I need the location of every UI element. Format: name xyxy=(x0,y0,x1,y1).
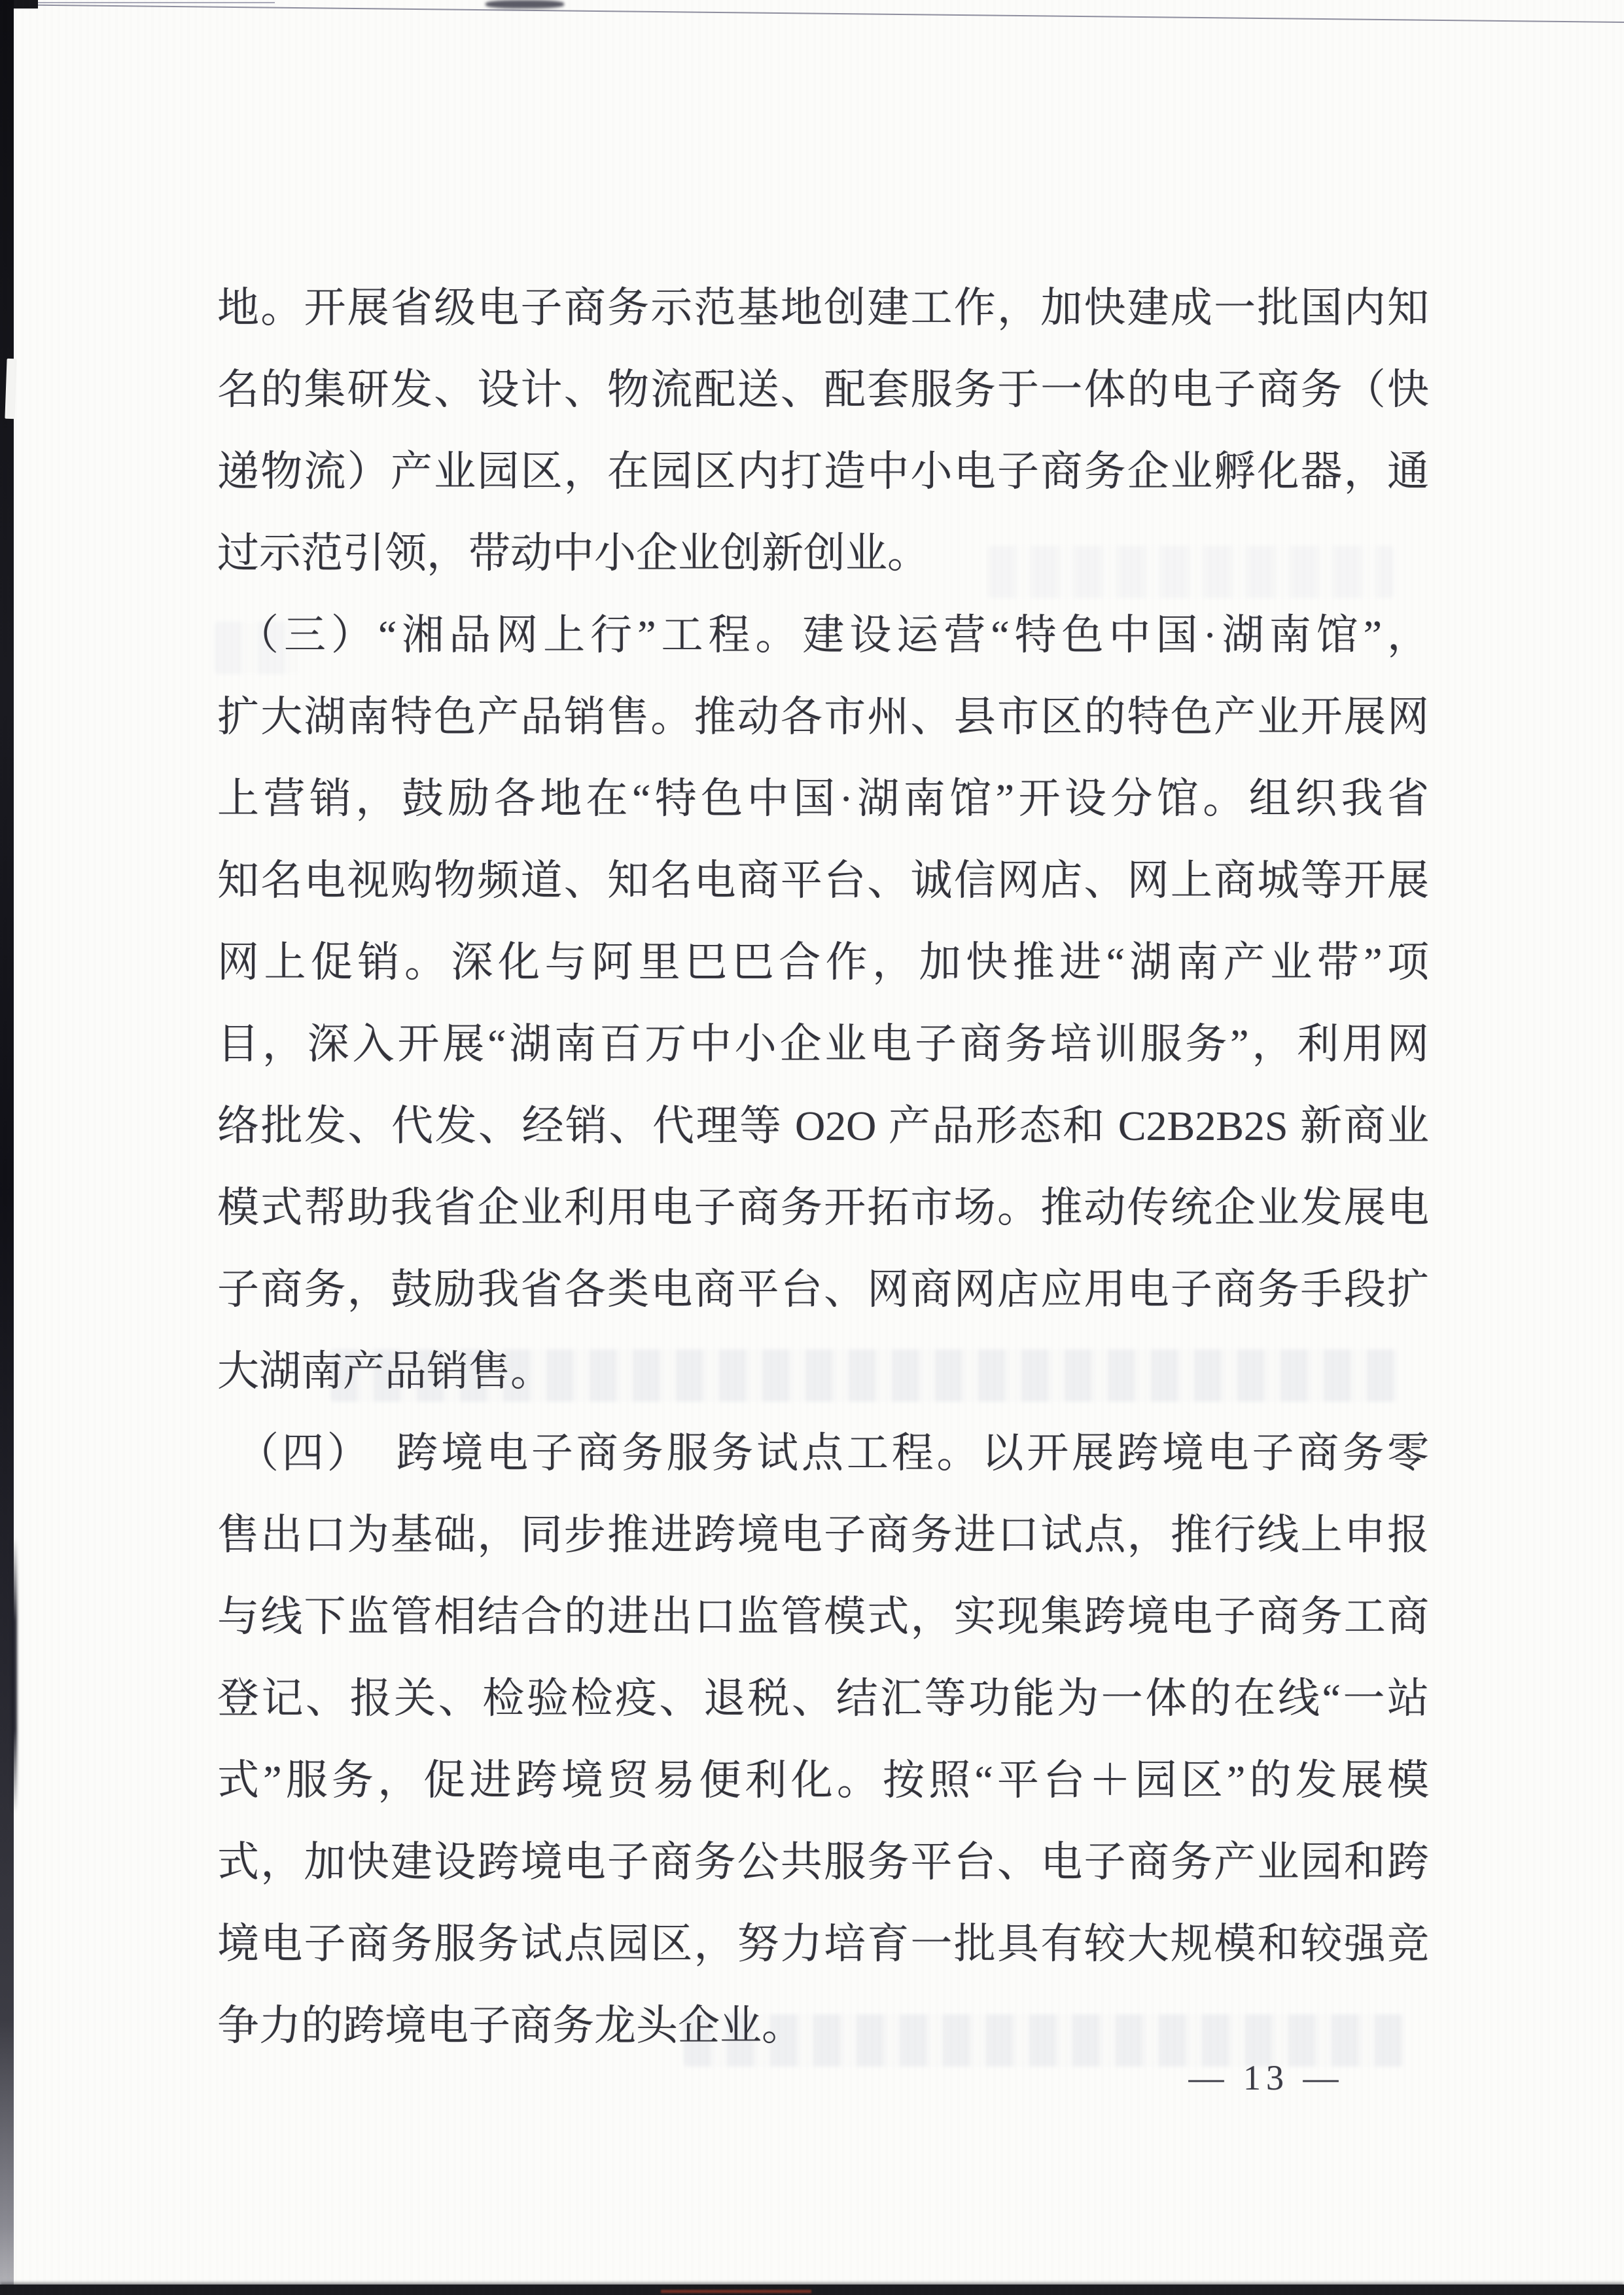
scan-top-edge-line-2 xyxy=(0,2,275,3)
text-line: 递物流）产业园区，在园区内打造中小电子商务企业孵化器，通 xyxy=(217,431,1429,512)
text-line: 地。开展省级电子商务示范基地创建工作，加快建成一批国内知 xyxy=(217,267,1429,349)
text-line: 式，加快建设跨境电子商务公共服务平台、电子商务产业园和跨 xyxy=(217,1821,1429,1903)
text-line: 网上促销。深化与阿里巴巴合作，加快推进“湖南产业带”项 xyxy=(217,921,1429,1003)
text-line: 过示范引领，带动中小企业创新创业。 xyxy=(217,512,1429,594)
scan-top-smudge xyxy=(485,0,564,9)
text-line: 大湖南产品销售。 xyxy=(217,1330,1429,1412)
scan-top-edge-line xyxy=(0,4,1624,23)
text-line: 登记、报关、检验检疫、退税、结汇等功能为一体的在线“一站 xyxy=(217,1658,1429,1739)
scan-edge-red-mark xyxy=(661,2290,811,2293)
scanned-document-page: 地。开展省级电子商务示范基地创建工作，加快建成一批国内知 名的集研发、设计、物流… xyxy=(0,0,1624,2295)
text-line: 式”服务，促进跨境贸易便利化。按照“平台＋园区”的发展模 xyxy=(217,1739,1429,1821)
text-line: 子商务，鼓励我省各类电商平台、网商网店应用电子商务手段扩 xyxy=(217,1249,1429,1330)
text-line: 络批发、代发、经销、代理等 O2O 产品形态和 C2B2B2S 新商业 xyxy=(217,1085,1429,1167)
document-body: 地。开展省级电子商务示范基地创建工作，加快建成一批国内知 名的集研发、设计、物流… xyxy=(217,267,1429,2067)
scan-edge-left-bulge xyxy=(12,1538,17,1813)
text-line: 知名电视购物频道、知名电商平台、诚信网店、网上商城等开展 xyxy=(217,840,1429,921)
scan-edge-bottom-band xyxy=(0,2285,1624,2295)
text-line: 境电子商务服务试点园区，努力培育一批具有较大规模和较强竞 xyxy=(217,1903,1429,1985)
text-line: 售出口为基础，同步推进跨境电子商务进口试点，推行线上申报 xyxy=(217,1494,1429,1576)
text-line: 目，深入开展“湖南百万中小企业电子商务培训服务”，利用网 xyxy=(217,1003,1429,1085)
text-line: 上营销，鼓励各地在“特色中国·湖南馆”开设分馆。组织我省 xyxy=(217,758,1429,840)
text-line-paragraph-start: （四） 跨境电子商务服务试点工程。以开展跨境电子商务零 xyxy=(217,1412,1429,1494)
text-line: 扩大湖南特色产品销售。推动各市州、县市区的特色产业开展网 xyxy=(217,676,1429,758)
text-line: 名的集研发、设计、物流配送、配套服务于一体的电子商务（快 xyxy=(217,349,1429,431)
scan-edge-left-strip xyxy=(0,0,14,2295)
text-line: 与线下监管相结合的进出口监管模式，实现集跨境电子商务工商 xyxy=(217,1576,1429,1658)
text-line-paragraph-start: （三）“湘品网上行”工程。建设运营“特色中国·湖南馆”， xyxy=(217,594,1429,676)
scan-edge-notch xyxy=(5,359,16,419)
page-number: — 13 — xyxy=(1174,2055,1358,2101)
text-line: 模式帮助我省企业利用电子商务开拓市场。推动传统企业发展电 xyxy=(217,1167,1429,1249)
